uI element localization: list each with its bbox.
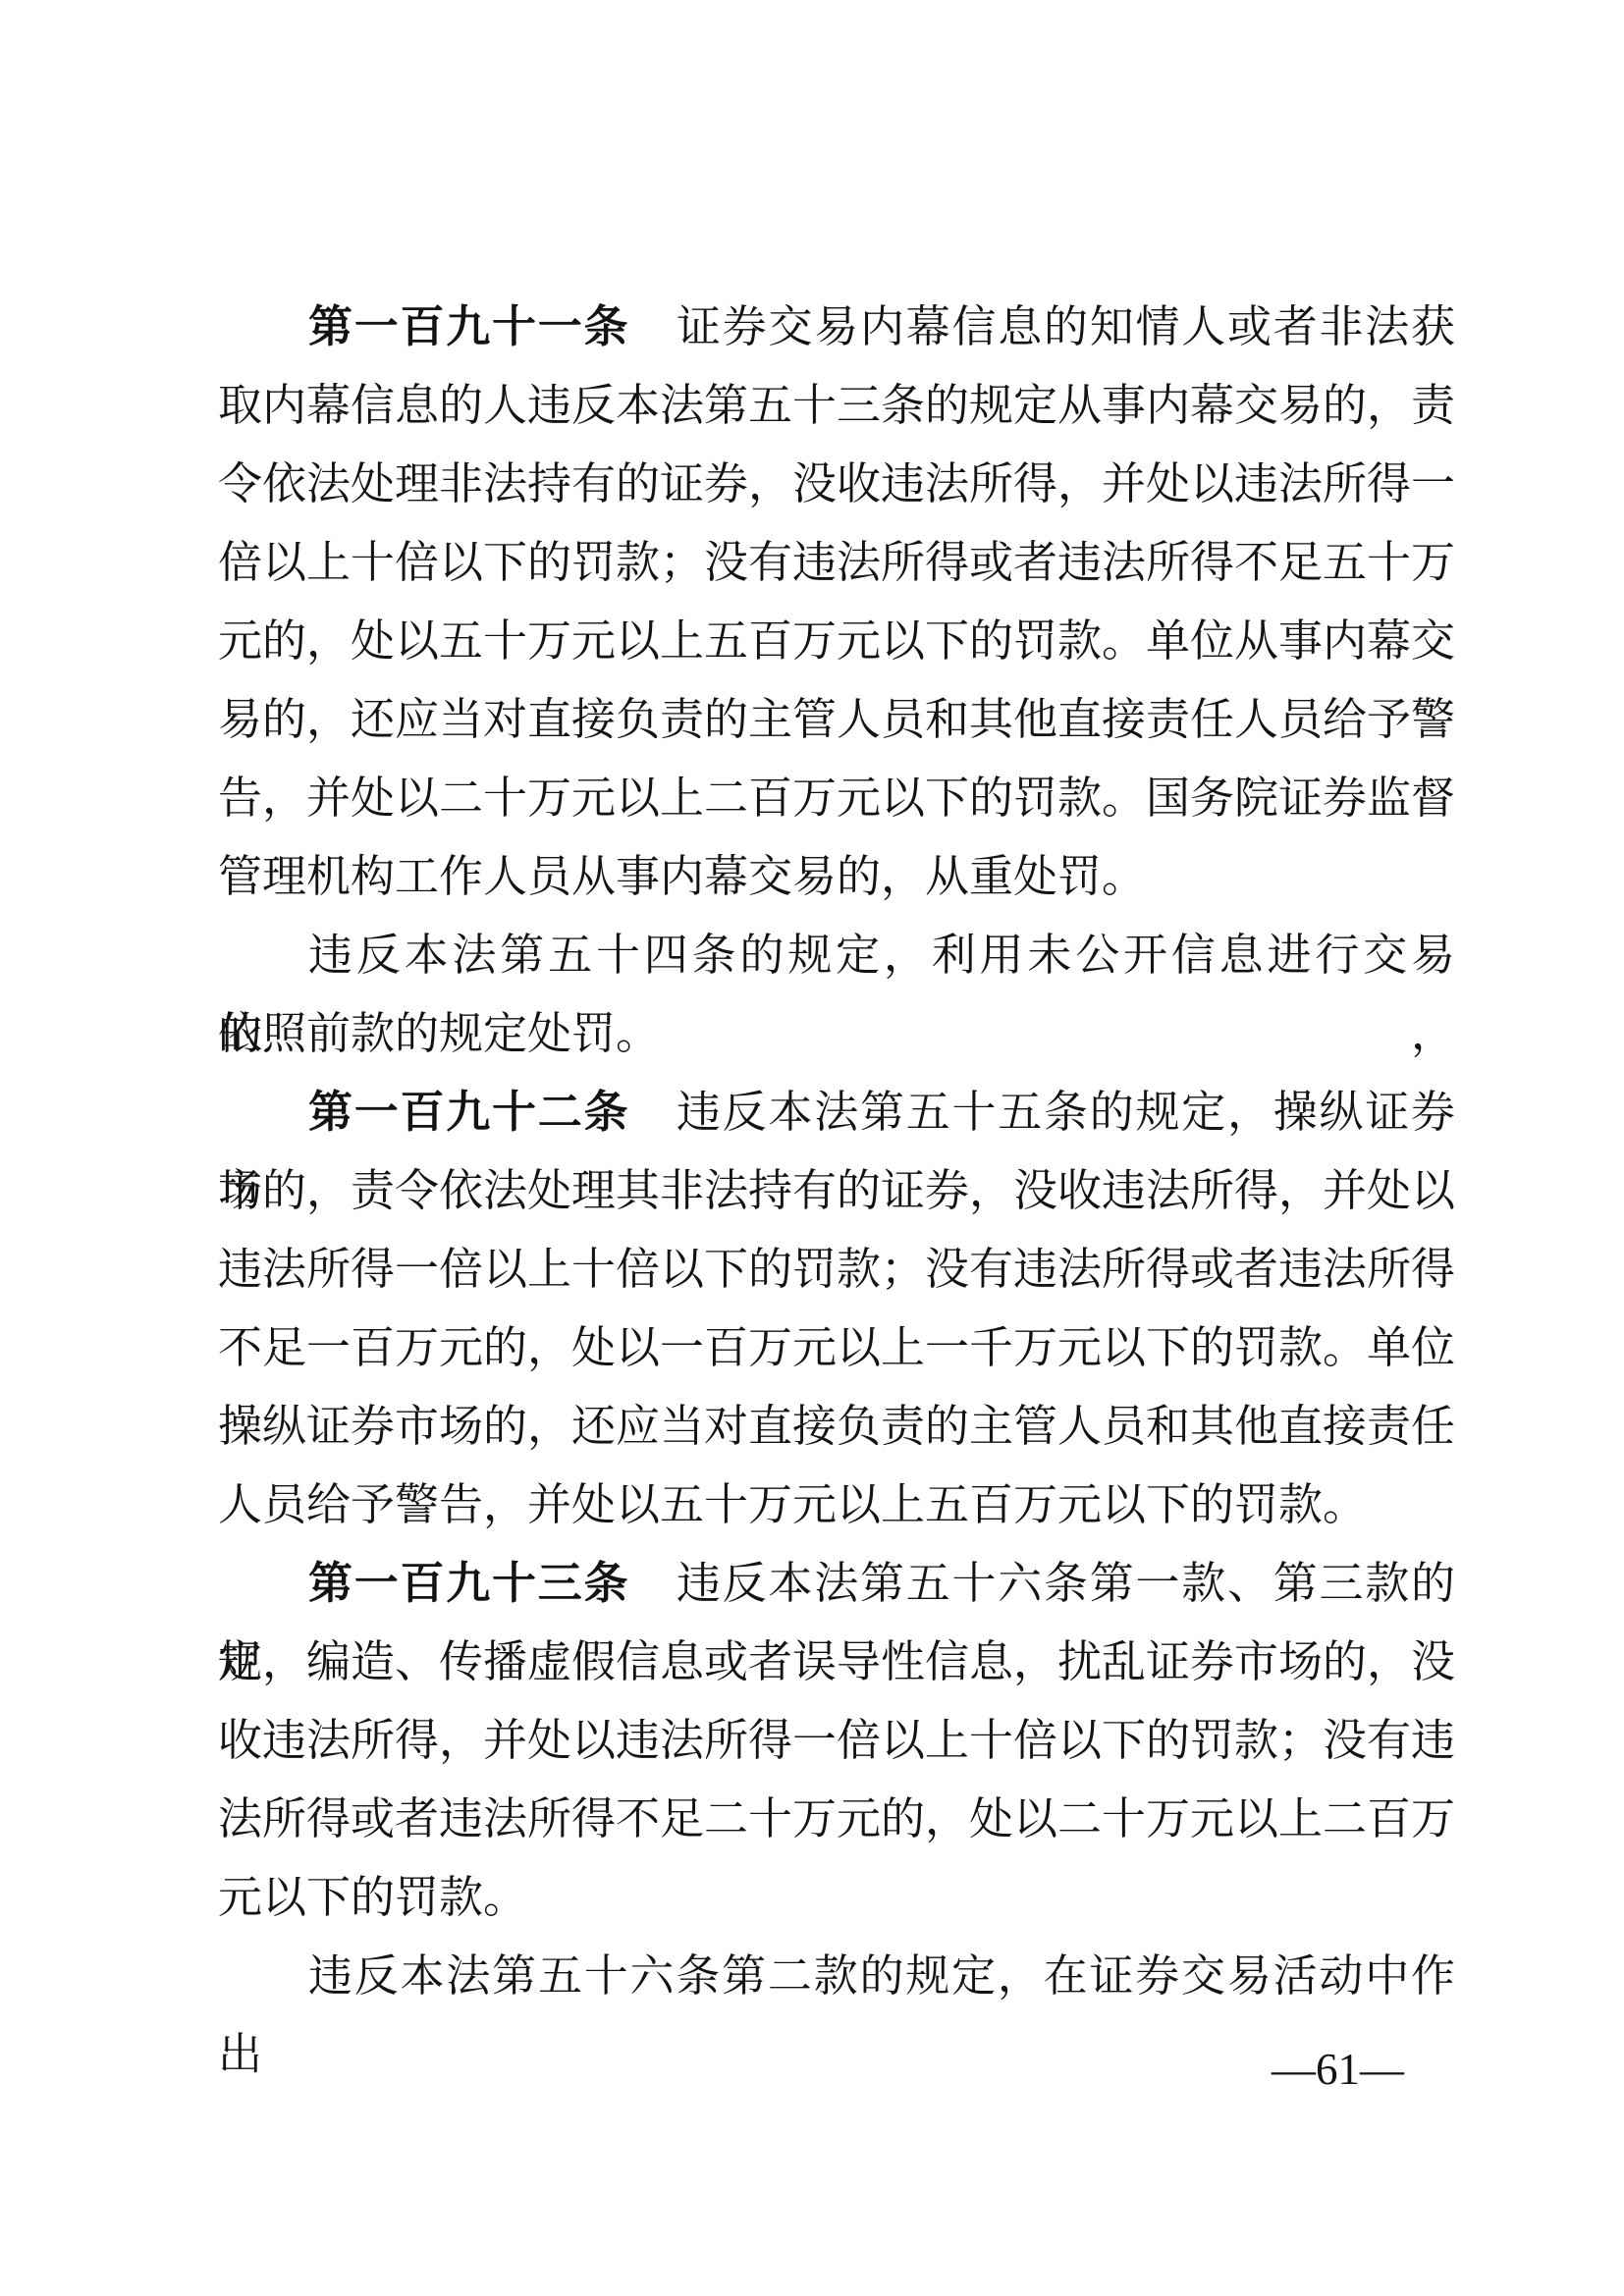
text-line-paragraph-start: 违反本法第五十六条第二款的规定，在证券交易活动中作出 [218,1937,1455,2015]
text-line: 不足一百万元的，处以一百万元以上一千万元以下的罚款。单位 [218,1308,1455,1387]
text-line: 操纵证券市场的，还应当对直接负责的主管人员和其他直接责任 [218,1387,1455,1466]
line-text: 证券交易内幕信息的知情人或者非法获 [675,302,1455,351]
text-line: 元以下的罚款。 [218,1858,1455,1937]
text-line: 取内幕信息的人违反本法第五十三条的规定从事内幕交易的，责 [218,366,1455,445]
text-line-paragraph-start: 违反本法第五十四条的规定，利用未公开信息进行交易的， [218,916,1455,994]
text-line: 易的，还应当对直接负责的主管人员和其他直接责任人员给予警 [218,680,1455,759]
article-number-192: 第一百九十二条 [308,1088,629,1137]
article-number-191: 第一百九十一条 [308,302,629,351]
text-line: 管理机构工作人员从事内幕交易的，从重处罚。 [218,837,1455,916]
text-line: 元的，处以五十万元以上五百万元以下的罚款。单位从事内幕交 [218,602,1455,680]
text-line: 告，并处以二十万元以上二百万元以下的罚款。国务院证券监督 [218,759,1455,837]
text-line: 法所得或者违法所得不足二十万元的，处以二十万元以上二百万 [218,1780,1455,1858]
article-number-193: 第一百九十三条 [308,1559,629,1608]
law-text-block: 第一百九十一条证券交易内幕信息的知情人或者非法获 取内幕信息的人违反本法第五十三… [218,288,1455,2015]
text-line-article-193-start: 第一百九十三条违反本法第五十六条第一款、第三款的规 [218,1544,1455,1623]
text-line: 令依法处理非法持有的证券，没收违法所得，并处以违法所得一 [218,445,1455,523]
text-line: 场的，责令依法处理其非法持有的证券，没收违法所得，并处以 [218,1151,1455,1230]
text-line: 定，编造、传播虚假信息或者误导性信息，扰乱证券市场的，没 [218,1623,1455,1701]
text-line: 倍以上十倍以下的罚款；没有违法所得或者违法所得不足五十万 [218,523,1455,602]
page-number: —61— [1272,2048,1404,2092]
em-space [629,1126,675,1127]
em-space [629,341,675,342]
text-line-article-192-start: 第一百九十二条违反本法第五十五条的规定，操纵证券市 [218,1073,1455,1151]
text-line: 收违法所得，并处以违法所得一倍以上十倍以下的罚款；没有违 [218,1701,1455,1780]
document-page: 第一百九十一条证券交易内幕信息的知情人或者非法获 取内幕信息的人违反本法第五十三… [0,0,1624,2296]
em-space [629,1597,675,1598]
text-line: 人员给予警告，并处以五十万元以上五百万元以下的罚款。 [218,1466,1455,1544]
text-line-article-191-start: 第一百九十一条证券交易内幕信息的知情人或者非法获 [218,288,1455,366]
text-line: 违法所得一倍以上十倍以下的罚款；没有违法所得或者违法所得 [218,1230,1455,1308]
